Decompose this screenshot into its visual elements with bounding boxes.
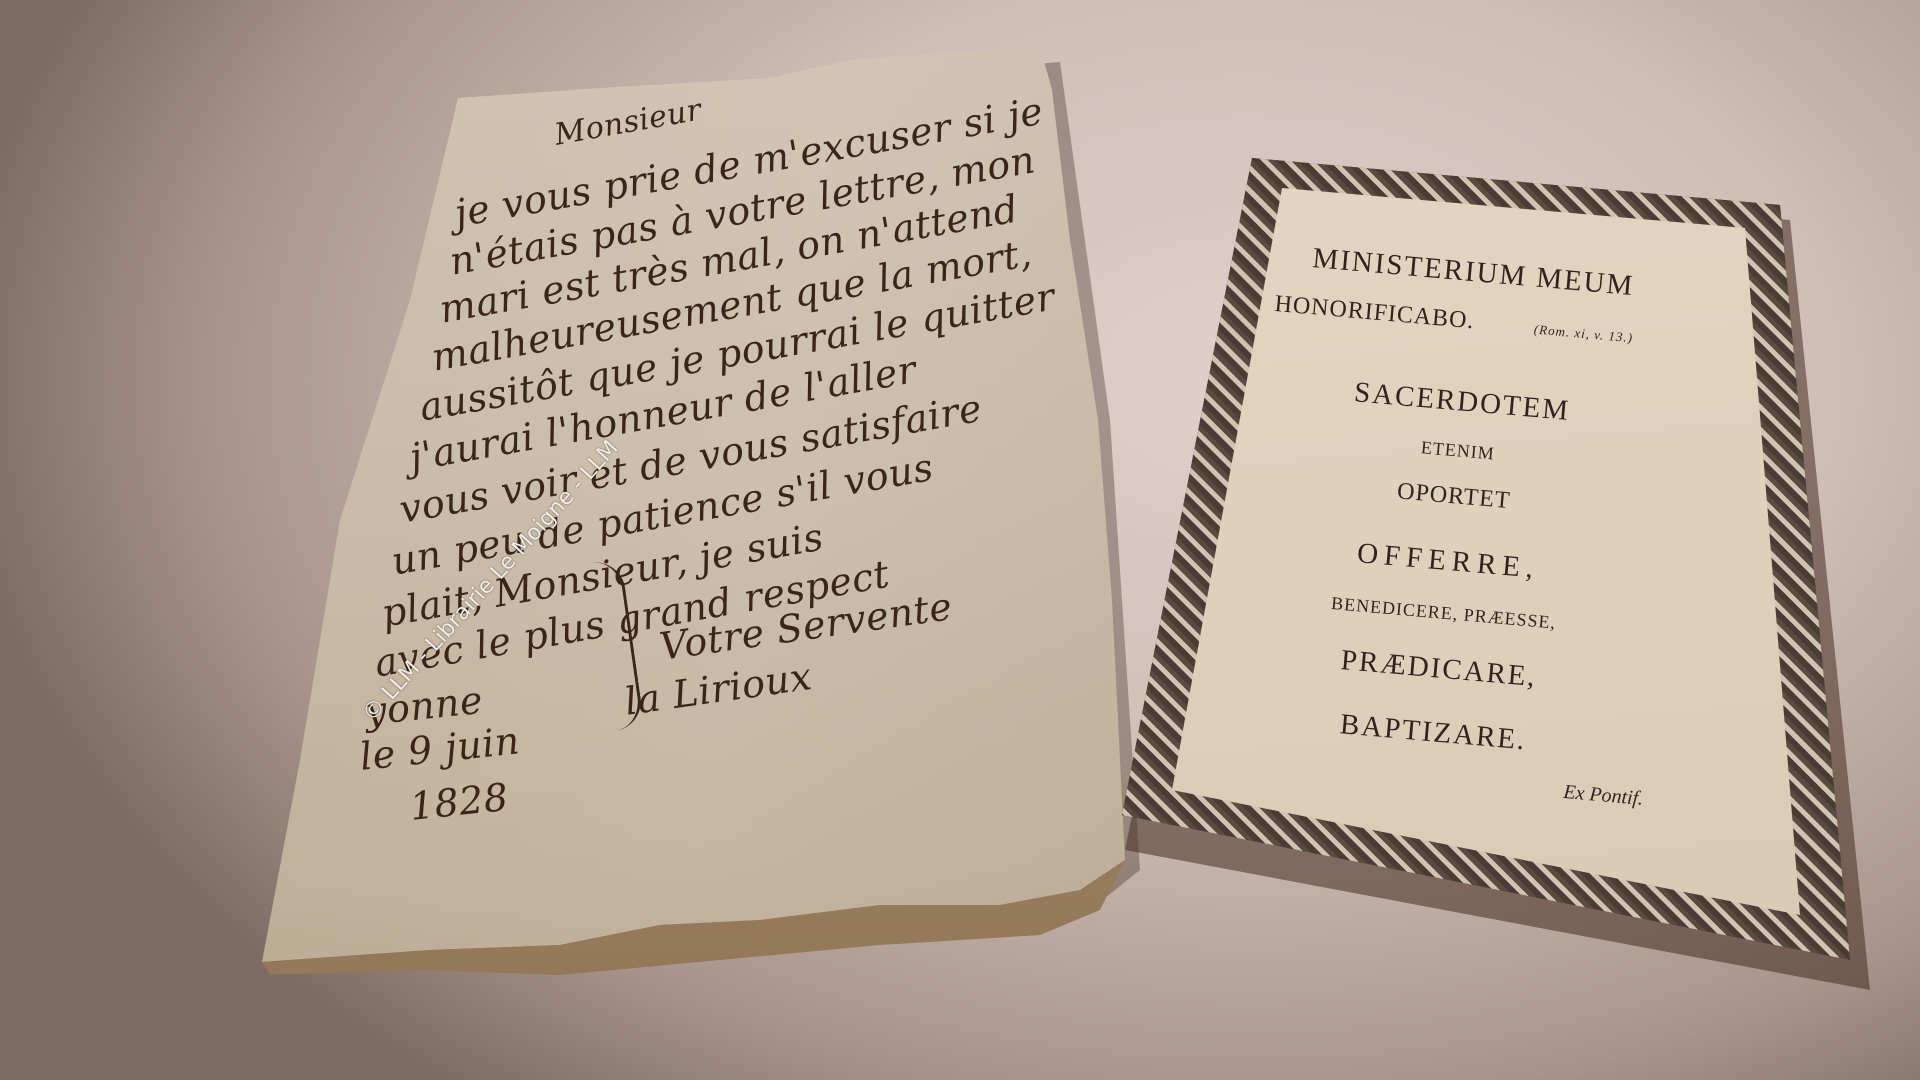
photo-scene: Monsieur je vous prie de m'excuser si je… <box>0 0 1920 1080</box>
